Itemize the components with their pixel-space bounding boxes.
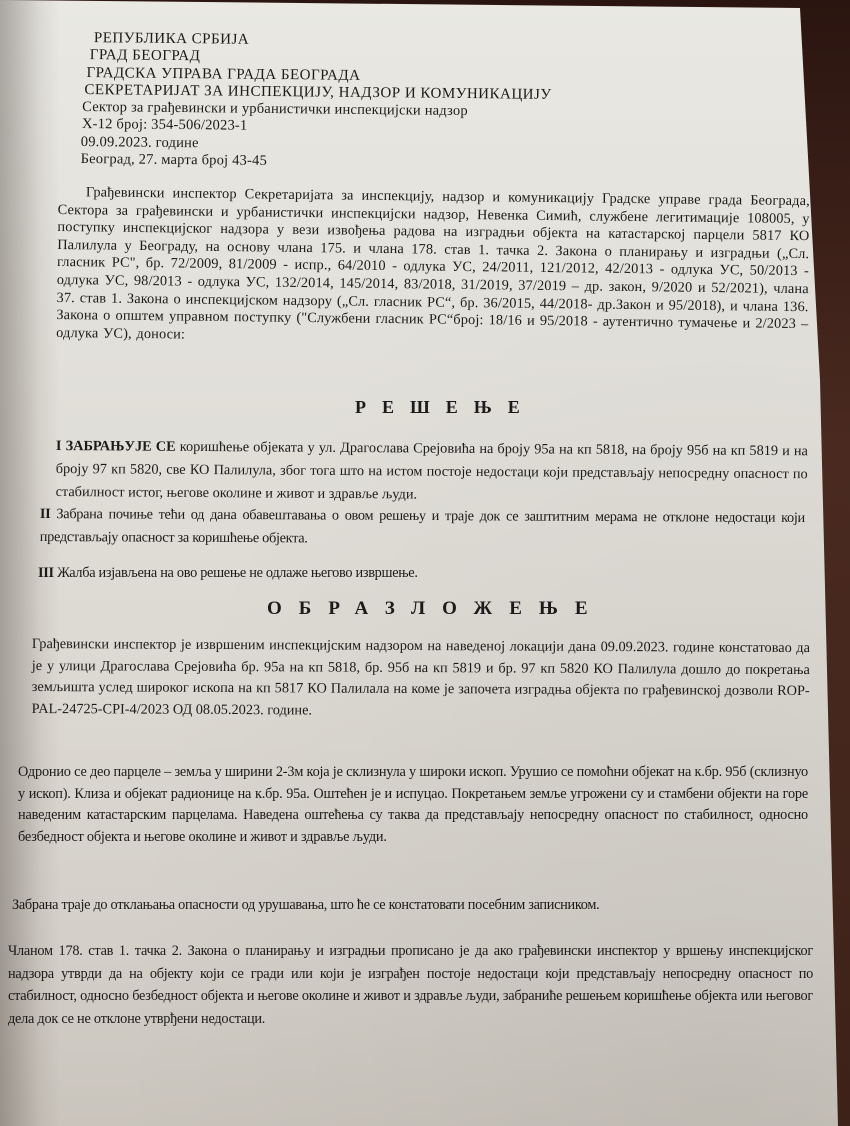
decision-item-2-numeral: II xyxy=(40,506,51,522)
reasoning-title: ОБРАЗЛОЖЕЊЕ xyxy=(267,598,605,620)
document-page: РЕПУБЛИКА СРБИЈА ГРАД БЕОГРАД ГРАДСКА УП… xyxy=(0,0,850,1126)
decision-item-3-text: Жалба изјављена на ово решење не одлаже … xyxy=(57,565,418,581)
decision-item-2-text: Забрана почиње тећи од дана обавештавања… xyxy=(40,506,805,546)
decision-item-1: I ЗАБРАЊУЈЕ СЕ коришћење објеката у ул. … xyxy=(56,435,808,509)
reasoning-paragraph-4: Чланом 178. став 1. тачка 2. Закона о пл… xyxy=(8,940,813,1030)
reasoning-paragraph-3: Забрана траје до отклањања опасности од … xyxy=(12,897,812,915)
decision-title: РЕШЕЊЕ xyxy=(355,397,536,418)
intro-paragraph: Грађевински инспектор Секретаријата за и… xyxy=(56,184,810,352)
decision-item-3-numeral: III xyxy=(38,565,54,581)
decision-item-1-numeral: I xyxy=(56,438,62,454)
reasoning-paragraph-1: Грађевински инспектор је извршеним инспе… xyxy=(32,634,810,724)
decision-item-3: III Жалба изјављена на ово решење не одл… xyxy=(38,565,803,583)
header-address: Београд, 27. марта број 43-45 xyxy=(81,151,551,173)
decision-item-1-lead: ЗАБРАЊУЈЕ СЕ xyxy=(66,438,176,455)
document-header: РЕПУБЛИКА СРБИЈА ГРАД БЕОГРАД ГРАДСКА УП… xyxy=(81,30,553,173)
decision-item-2: II Забрана почиње тећи од дана обавештав… xyxy=(40,503,805,553)
reasoning-paragraph-2: Одронио се део парцеле – земља у ширини … xyxy=(18,762,808,848)
